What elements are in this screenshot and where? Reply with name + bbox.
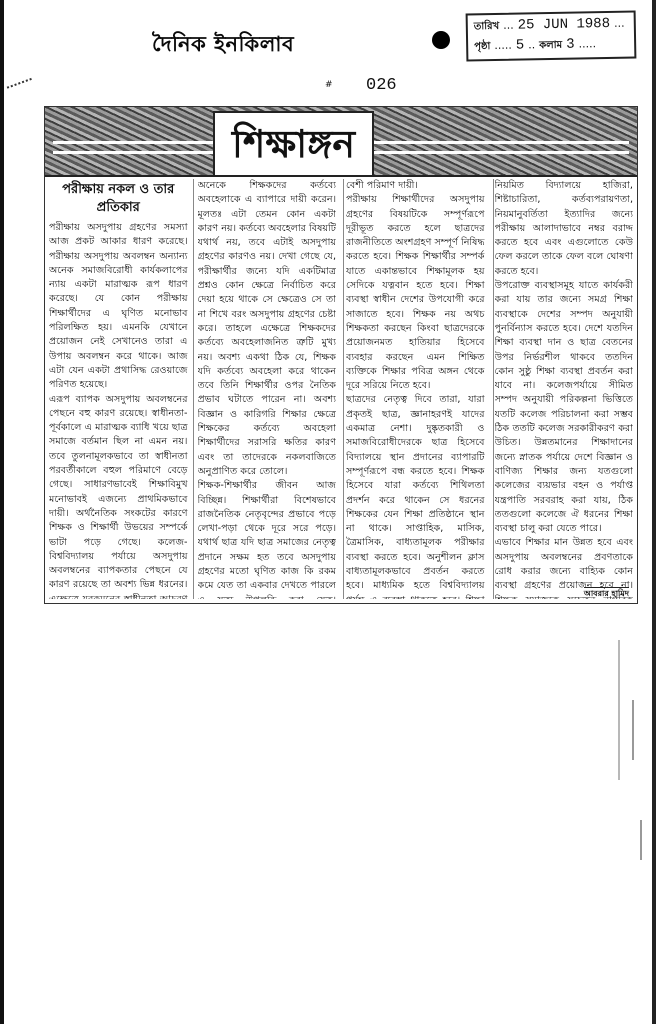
section-title: শিক্ষাঙ্গন	[215, 113, 372, 175]
paragraph: শিক্ষক-শিক্ষার্থীর জীবন আজ বিচ্ছিন্ন। শি…	[198, 479, 337, 599]
pen-mark	[7, 78, 36, 98]
paragraph: এরূপ ব্যাপক অসদুপায় অবলম্বনের পেছনে বহু…	[49, 393, 188, 599]
date-stamp: তারিখ ... 25 JUN 1988 ... পৃষ্ঠা ..... 5…	[466, 11, 637, 62]
paragraph: উপরোক্ত ব্যবস্থাসমূহ যাতে কার্যকরী করা য…	[495, 279, 634, 536]
article-headline: পরীক্ষায় নকল ও তার প্রতিকার	[49, 181, 188, 217]
stamp-date-label: তারিখ	[474, 19, 500, 36]
stamp-page-value: 5	[516, 37, 525, 53]
scan-left-edge	[0, 0, 4, 1024]
paragraph: বেশী পরিমাণ দায়ী।	[346, 179, 485, 193]
stamp-column-label: কলাম	[539, 38, 562, 55]
paragraph: ছাত্রদের নেতৃত্ব দিবে তারা, যারা প্রকৃতই…	[346, 393, 485, 599]
paragraph: অনেকে শিক্ষকদের কর্তব্যে অবহেলাকে এ ব্যা…	[198, 179, 337, 479]
scan-noise	[640, 820, 642, 860]
page-number: 026	[366, 76, 397, 95]
stamp-page-label: পৃষ্ঠা	[474, 39, 490, 56]
stamp-column-value: 3	[566, 37, 575, 53]
scan-right-edge	[652, 0, 656, 1024]
article-columns: পরীক্ষায় নকল ও তার প্রতিকার পরীক্ষায় অ…	[49, 179, 633, 599]
ink-dot	[432, 31, 450, 49]
article-column-1: পরীক্ষায় নকল ও তার প্রতিকার পরীক্ষায় অ…	[49, 179, 188, 599]
stamp-date-value: 25 JUN 1988	[518, 16, 611, 34]
paragraph: পরীক্ষায় শিক্ষার্থীদের অসদুপায় গ্রহণের…	[346, 193, 485, 393]
article-column-2: অনেকে শিক্ষকদের কর্তব্যে অবহেলাকে এ ব্যা…	[198, 179, 337, 599]
article-column-3: বেশী পরিমাণ দায়ী। পরীক্ষায় শিক্ষার্থীদ…	[346, 179, 485, 599]
article-column-4: নিয়মিত বিদ্যালয়ে হাজিরা, শিষ্টাচারিতা,…	[495, 179, 634, 599]
paragraph: নিয়মিত বিদ্যালয়ে হাজিরা, শিষ্টাচারিতা,…	[495, 179, 634, 279]
newspaper-masthead: দৈনিক ইনকিলাব	[152, 28, 294, 63]
scan-noise	[632, 700, 634, 760]
article-byline: আবরার হামিদ	[584, 587, 629, 601]
newspaper-clipping: শিক্ষাঙ্গন পরীক্ষায় নকল ও তার প্রতিকার …	[44, 106, 638, 604]
section-banner: শিক্ষাঙ্গন	[45, 107, 637, 177]
page-mark: #	[325, 80, 333, 90]
paragraph: পরীক্ষায় অসদুপায় গ্রহণের সমস্যা আজ প্র…	[49, 221, 188, 393]
scan-noise	[618, 640, 620, 780]
